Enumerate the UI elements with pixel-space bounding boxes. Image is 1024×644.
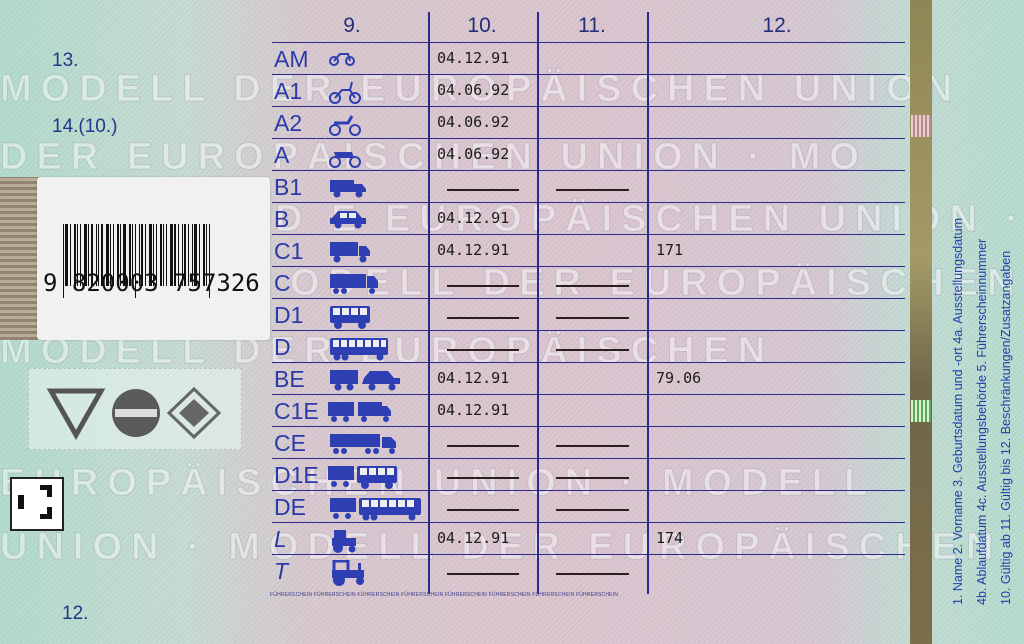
restriction-code: 79.06 bbox=[656, 369, 701, 387]
valid-from-empty-dash bbox=[447, 573, 519, 575]
valid-until-empty-dash bbox=[556, 285, 629, 287]
moped-icon bbox=[328, 48, 356, 66]
restriction-code: 174 bbox=[656, 529, 683, 547]
field-14-label: 14.(10.) bbox=[52, 116, 117, 138]
category-code: AM bbox=[274, 46, 309, 73]
field-12-label: 12. bbox=[62, 603, 88, 625]
category-code: A1 bbox=[274, 78, 302, 105]
column-header-10: 10. bbox=[452, 14, 512, 38]
barcode-number: 9 820003 757326 bbox=[43, 269, 260, 297]
security-symbols bbox=[28, 368, 242, 450]
car-icon bbox=[328, 208, 368, 230]
valid-from: 04.06.92 bbox=[437, 145, 509, 163]
light-truck-trailer-icon bbox=[326, 400, 392, 424]
valid-from: 04.06.92 bbox=[437, 81, 509, 99]
category-code: CE bbox=[274, 430, 306, 457]
valid-from: 04.06.92 bbox=[437, 113, 509, 131]
security-strip bbox=[910, 0, 932, 644]
table-row: CE bbox=[272, 426, 905, 459]
category-code: A2 bbox=[274, 110, 302, 137]
triangle-circle-diamond-icon bbox=[29, 369, 241, 449]
valid-from: 04.12.91 bbox=[437, 529, 509, 547]
table-row: AM04.12.91 bbox=[272, 42, 905, 75]
alignment-mark-icon bbox=[10, 477, 64, 531]
table-row: C1E04.12.91 bbox=[272, 394, 905, 427]
valid-until-empty-dash bbox=[556, 189, 629, 191]
hologram-patch bbox=[0, 177, 38, 340]
valid-from-empty-dash bbox=[447, 445, 519, 447]
table-row: T bbox=[272, 554, 905, 587]
valid-from-empty-dash bbox=[447, 349, 519, 351]
motorcycle-icon bbox=[328, 112, 362, 136]
table-row: B04.12.91 bbox=[272, 202, 905, 235]
table-row: D1E bbox=[272, 458, 905, 491]
valid-from: 04.12.91 bbox=[437, 49, 509, 67]
category-code: T bbox=[274, 558, 288, 585]
column-header-12: 12. bbox=[747, 14, 807, 38]
small-tractor-icon bbox=[328, 528, 358, 554]
light-truck-icon bbox=[328, 240, 372, 264]
legend-line: 10. Gültig ab 11. Gültig bis 12. Beschrä… bbox=[999, 251, 1013, 605]
category-code: D bbox=[274, 334, 291, 361]
table-row: A04.06.92 bbox=[272, 138, 905, 171]
category-code: BE bbox=[274, 366, 305, 393]
field-13-label: 13. bbox=[52, 50, 78, 72]
table-row: BE04.12.9179.06 bbox=[272, 362, 905, 395]
table-row: A104.06.92 bbox=[272, 74, 905, 107]
valid-until-empty-dash bbox=[556, 445, 629, 447]
category-code: C1E bbox=[274, 398, 319, 425]
bus-trailer-icon bbox=[328, 496, 424, 522]
table-row: DE bbox=[272, 490, 905, 523]
table-row: B1 bbox=[272, 170, 905, 203]
valid-until-empty-dash bbox=[556, 317, 629, 319]
table-row: C104.12.91171 bbox=[272, 234, 905, 267]
category-code: D1E bbox=[274, 462, 319, 489]
valid-until-empty-dash bbox=[556, 349, 629, 351]
restriction-code: 171 bbox=[656, 241, 683, 259]
table-row: D bbox=[272, 330, 905, 363]
category-code: B bbox=[274, 206, 289, 233]
heavy-motorcycle-icon bbox=[328, 144, 362, 168]
table-row: C bbox=[272, 266, 905, 299]
valid-from: 04.12.91 bbox=[437, 241, 509, 259]
valid-from-empty-dash bbox=[447, 509, 519, 511]
tractor-icon bbox=[328, 560, 368, 586]
valid-from: 04.12.91 bbox=[437, 401, 509, 419]
minibus-trailer-icon bbox=[326, 464, 400, 490]
category-code: DE bbox=[274, 494, 306, 521]
valid-from: 04.12.91 bbox=[437, 209, 509, 227]
column-header-9: 9. bbox=[332, 14, 372, 38]
table-row: A204.06.92 bbox=[272, 106, 905, 139]
driving-licence-card: MODELL DER EUROPÄISCHEN UNION DER EUROPÄ… bbox=[0, 0, 1024, 644]
valid-from-empty-dash bbox=[447, 477, 519, 479]
barcode-sticker: 9 820003 757326 bbox=[37, 177, 270, 340]
category-code: B1 bbox=[274, 174, 302, 201]
category-code: C1 bbox=[274, 238, 303, 265]
legend-line: 1. Name 2. Vorname 3. Geburtsdatum und -… bbox=[951, 218, 965, 605]
valid-from-empty-dash bbox=[447, 317, 519, 319]
legend-line: 4b. Ablaufdatum 4c. Ausstellungsbehörde … bbox=[975, 239, 989, 605]
category-code: A bbox=[274, 142, 289, 169]
field-legend: 1. Name 2. Vorname 3. Geburtsdatum und -… bbox=[946, 0, 1024, 644]
minibus-icon bbox=[328, 304, 372, 330]
articulated-truck-icon bbox=[328, 432, 400, 456]
car-trailer-icon bbox=[328, 368, 402, 392]
microprint-footer: FÜHRERSCHEIN FÜHRERSCHEIN FÜHRERSCHEIN F… bbox=[270, 592, 910, 598]
truck-icon bbox=[328, 272, 380, 296]
hologram-pink bbox=[911, 115, 931, 137]
table-row: D1 bbox=[272, 298, 905, 331]
category-code: L bbox=[274, 526, 287, 553]
valid-until-empty-dash bbox=[556, 477, 629, 479]
category-code: D1 bbox=[274, 302, 303, 329]
light-motorcycle-icon bbox=[328, 80, 362, 104]
quad-vehicle-icon bbox=[328, 176, 368, 198]
valid-until-empty-dash bbox=[556, 509, 629, 511]
licence-categories-table: 9. 10. 11. 12. AM04.12.91A104.06.92A204.… bbox=[272, 0, 905, 600]
table-row: L04.12.91174 bbox=[272, 522, 905, 555]
valid-from-empty-dash bbox=[447, 285, 519, 287]
hologram-green bbox=[911, 400, 931, 422]
column-header-11: 11. bbox=[562, 14, 622, 38]
valid-until-empty-dash bbox=[556, 573, 629, 575]
category-code: C bbox=[274, 270, 291, 297]
valid-from-empty-dash bbox=[447, 189, 519, 191]
bus-icon bbox=[328, 336, 390, 362]
valid-from: 04.12.91 bbox=[437, 369, 509, 387]
